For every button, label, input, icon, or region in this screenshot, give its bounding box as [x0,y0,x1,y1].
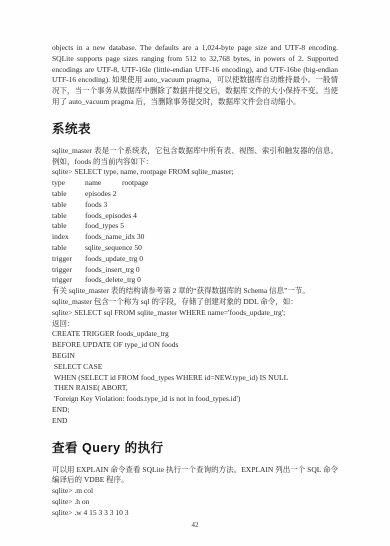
cell-name: foods_delete_trg [85,275,137,286]
page-content: objects in a new database. The defaults … [0,0,390,518]
cell-type: trigger [52,275,85,286]
sql-prompt-line-select-sql: sqlite> SELECT sql FROM sqlite_master WH… [52,308,338,319]
cell-name: episodes [85,189,113,200]
shell-command-line: sqlite> .h on [52,497,338,508]
table-row: table foods 3 [52,200,338,211]
schema-table: type name rootpage table episodes 2 tabl… [52,178,338,286]
table-row: trigger foods_insert_trg 0 [52,265,338,276]
code-line: SELECT CASE [52,362,338,373]
cell-rootpage: 5 [120,221,124,232]
table-row: index foods_name_idx 30 [52,232,338,243]
cell-rootpage: 0 [139,254,143,265]
sql-field-paragraph: sqlite_master 包含一个称为 sql 的字段，存储了创建对象的 DD… [52,297,338,308]
code-line: CREATE TRIGGER foods_update_trg [52,329,338,340]
cell-rootpage: 3 [104,200,108,211]
cell-rootpage: 30 [137,232,145,243]
cell-type: table [52,200,85,211]
code-line: BEFORE UPDATE OF type_id ON foods [52,340,338,351]
column-header-name: name [85,178,122,189]
cell-rootpage: 50 [134,243,142,254]
code-line: END; [52,405,338,416]
cell-name: foods_insert_trg [85,265,136,276]
schema-table-header: type name rootpage [52,178,338,189]
shell-command-line: sqlite> .m col [52,486,338,497]
explain-paragraph: 可以用 EXPLAIN 命令查看 SQLite 执行一个查询的方法。EXPLAI… [52,465,338,487]
shell-command-block: sqlite> .m colsqlite> .h onsqlite> .w 4 … [52,486,338,518]
cell-name: foods_update_trg [85,254,139,265]
sql-prompt-line-select-master: sqlite> SELECT type, name, rootpage FROM… [52,167,338,178]
trigger-code-block: CREATE TRIGGER foods_update_trgBEFORE UP… [52,329,338,426]
table-row: table food_types 5 [52,221,338,232]
code-line: BEGIN [52,351,338,362]
schema-table-body: table episodes 2 table foods 3 table foo… [52,189,338,286]
document-page: objects in a new database. The defaults … [0,0,390,546]
table-row: table sqlite_sequence 50 [52,243,338,254]
column-header-type: type [52,178,85,189]
cell-type: trigger [52,254,85,265]
cell-type: trigger [52,265,85,276]
cell-name: sqlite_sequence [85,243,134,254]
cell-type: index [52,232,85,243]
section-heading-query-execution: 查看 Query 的执行 [52,438,338,456]
table-row: table episodes 2 [52,189,338,200]
cell-rootpage: 0 [136,265,140,276]
cell-rootpage: 2 [113,189,117,200]
sqlite-master-paragraph: sqlite_master 表是一个系统表，它包含数据库中所有表、视图、索引和触… [52,146,338,168]
code-line: WHEN (SELECT id FROM food_types WHERE id… [52,373,338,384]
code-line: THEN RAISE( ABORT, [52,383,338,394]
cell-name: foods_episodes [85,211,133,222]
intro-paragraph: objects in a new database. The defaults … [52,43,338,108]
cell-type: table [52,243,85,254]
shell-command-line: sqlite> .w 4 15 3 3 3 10 3 [52,508,338,519]
cell-name: food_types [85,221,120,232]
table-row: trigger foods_update_trg 0 [52,254,338,265]
cell-type: table [52,189,85,200]
cell-rootpage: 0 [137,275,141,286]
section-heading-system-tables: 系统表 [52,119,338,137]
cell-rootpage: 4 [133,211,137,222]
schema-reference-paragraph: 有关 sqlite_master 表的结构请参考第 2 章的“获得数据库的 Sc… [52,286,338,297]
code-line: 'Foreign Key Violation: foods.type_id is… [52,394,338,405]
cell-type: table [52,211,85,222]
table-row: table foods_episodes 4 [52,211,338,222]
cell-name: foods_name_idx [85,232,137,243]
cell-type: table [52,221,85,232]
returns-label: 返回： [52,319,338,330]
code-line: END [52,416,338,427]
table-row: trigger foods_delete_trg 0 [52,275,338,286]
cell-name: foods [85,200,104,211]
page-number: 42 [0,521,390,529]
column-header-rootpage: rootpage [122,178,148,189]
